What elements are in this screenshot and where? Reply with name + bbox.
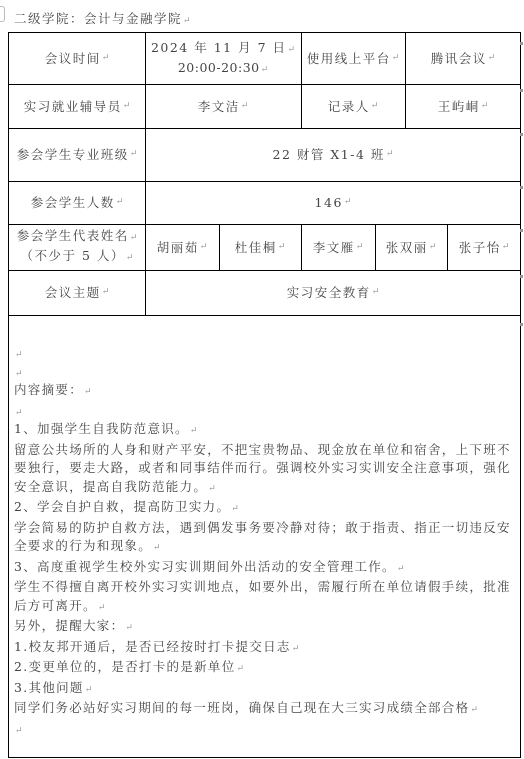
summary-line: 另外，提醒大家：↵ xyxy=(14,617,514,638)
row-end-marker xyxy=(520,89,523,92)
summary-line: 1.校友邦开通后，是否已经按时打卡提交日志↵ xyxy=(14,638,514,659)
row-end-marker xyxy=(520,323,523,326)
meeting-time-label: 会议时间↵ xyxy=(9,33,145,84)
student-count-label: 参会学生人数↵ xyxy=(9,181,145,224)
summary-line: 2.变更单位的，是否打卡的是新单位↵ xyxy=(14,658,514,679)
summary-line: 3、高度重视学生校外实习实训期间外出活动的安全管理工作。↵ xyxy=(14,558,514,579)
summary-line: 1、加强学生自我防范意识。↵ xyxy=(14,420,514,441)
row-end-marker xyxy=(520,186,523,189)
representatives-label: 参会学生代表姓名↵ （不少于 5 人）↵ xyxy=(9,224,145,270)
representative-name[interactable]: 张双丽↵ xyxy=(375,224,447,270)
row-end-marker xyxy=(520,42,523,45)
row-divider xyxy=(9,315,520,316)
class-value[interactable]: 22 财管 X1-4 班↵ xyxy=(145,128,521,181)
recorder-label: 记录人↵ xyxy=(301,84,405,128)
topic-value[interactable]: 实习安全教育↵ xyxy=(145,270,521,315)
representative-name[interactable]: 胡丽茹↵ xyxy=(145,224,219,270)
counselor-label: 实习就业辅导员↵ xyxy=(9,84,145,128)
platform-value[interactable]: 腾讯会议↵ xyxy=(405,33,521,84)
topic-label: 会议主题↵ xyxy=(9,270,145,315)
platform-label: 使用线上平台↵ xyxy=(301,33,405,84)
representative-name[interactable]: 李文雁↵ xyxy=(301,224,375,270)
recorder-value[interactable]: 王屿峒↵ xyxy=(405,84,521,128)
representative-name[interactable]: 张子怡↵ xyxy=(447,224,521,270)
counselor-value[interactable]: 李文洁↵ xyxy=(145,84,301,128)
representative-name[interactable]: 杜佳桐↵ xyxy=(219,224,301,270)
class-label: 参会学生专业班级↵ xyxy=(9,128,145,181)
summary-line: 同学们务必站好实习期间的每一班岗，确保自己现在大三实习成绩全部合格↵ xyxy=(14,699,514,720)
student-count-value[interactable]: 146↵ xyxy=(145,181,521,224)
summary-title: 内容摘要：↵ xyxy=(14,381,514,402)
summary-line: 学生不得擅自离开校外实习实训地点，如要外出，需履行所在单位请假手续，批准后方可离… xyxy=(14,578,514,617)
content-summary[interactable]: ↵ ↵ 内容摘要：↵ ↵ 1、加强学生自我防范意识。↵ 留意公共场所的人身和财产… xyxy=(14,334,514,738)
margin-marker xyxy=(0,6,5,22)
summary-line: 2、学会自护自救，提高防卫实力。↵ xyxy=(14,498,514,519)
meeting-time-value[interactable]: 2024 年 11 月 7 日↵ 20:00-20:30↵ xyxy=(145,33,301,84)
summary-line: 学会简易的防护自救方法，遇到偶发事务要冷静对待；敢于指责、指正一切违反安全要求的… xyxy=(14,519,514,558)
row-end-marker xyxy=(520,229,523,232)
summary-line: 3.其他问题↵ xyxy=(14,679,514,700)
summary-line: 留意公共场所的人身和财产平安，不把宝贵物品、现金放在单位和宿舍，上下班不要独行，… xyxy=(14,441,514,499)
row-end-marker xyxy=(520,133,523,136)
college-header: 二级学院：会计与金融学院↵ xyxy=(14,9,191,27)
row-end-marker xyxy=(520,275,523,278)
